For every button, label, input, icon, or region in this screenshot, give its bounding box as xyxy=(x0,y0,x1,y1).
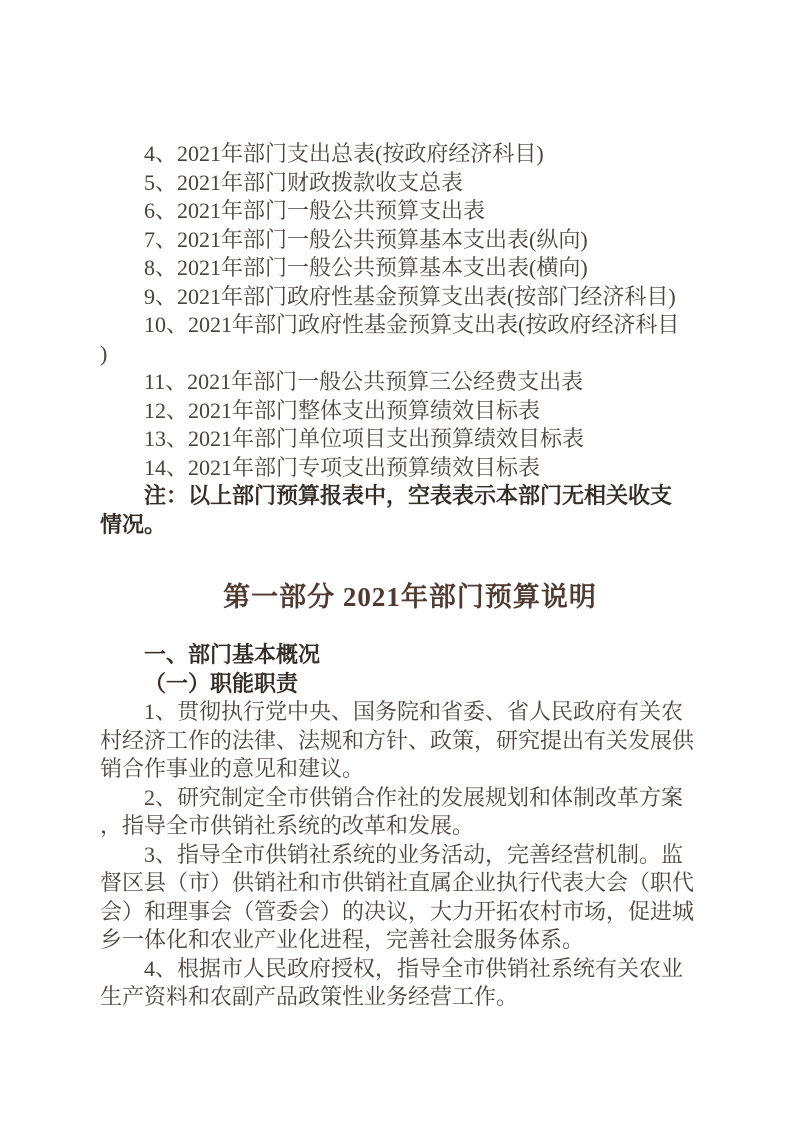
report-list-item-10-line-1: 10、2021年部门政府性基金预算支出表(按政府经济科目 xyxy=(100,311,720,340)
section-overview: 一、部门基本概况 （一）职能职责 1、贯彻执行党中央、国务院和省委、省人民政府有… xyxy=(100,641,720,1012)
section-heading: 第一部分 2021年部门预算说明 xyxy=(100,577,720,617)
paragraph-3: 3、指导全市供销社系统的业务活动，完善经营机制。监 督区县（市）供销社和市供销社… xyxy=(100,841,720,955)
paragraph-line: 4、根据市人民政府授权，指导全市供销社系统有关农业 xyxy=(100,955,720,984)
paragraph-line: 2、研究制定全市供销合作社的发展规划和体制改革方案 xyxy=(100,784,720,813)
paragraph-line: 销合作事业的意见和建议。 xyxy=(100,755,720,784)
report-list-item-9: 9、2021年部门政府性基金预算支出表(按部门经济科目) xyxy=(100,283,720,312)
report-list-item-14: 14、2021年部门专项支出预算绩效目标表 xyxy=(100,454,720,483)
paragraph-line: 乡一体化和农业产业化进程，完善社会服务体系。 xyxy=(100,926,720,955)
page-content: 4、2021年部门支出总表(按政府经济科目) 5、2021年部门财政拨款收支总表… xyxy=(100,140,720,1012)
report-list-item-8: 8、2021年部门一般公共预算基本支出表(横向) xyxy=(100,254,720,283)
report-list-item-4: 4、2021年部门支出总表(按政府经济科目) xyxy=(100,140,720,169)
overview-subheading: （一）职能职责 xyxy=(100,670,720,699)
paragraph-line: 3、指导全市供销社系统的业务活动，完善经营机制。监 xyxy=(100,841,720,870)
paragraph-line: 督区县（市）供销社和市供销社直属企业执行代表大会（职代 xyxy=(100,869,720,898)
report-list-item-11: 11、2021年部门一般公共预算三公经费支出表 xyxy=(100,368,720,397)
note-line-1: 注：以上部门预算报表中，空表表示本部门无相关收支 xyxy=(100,482,720,511)
note-line-2: 情况。 xyxy=(100,511,720,540)
report-list-item-13: 13、2021年部门单位项目支出预算绩效目标表 xyxy=(100,425,720,454)
paragraph-1: 1、贯彻执行党中央、国务院和省委、省人民政府有关农 村经济工作的法律、法规和方针… xyxy=(100,698,720,784)
paragraph-2: 2、研究制定全市供销合作社的发展规划和体制改革方案 ，指导全市供销社系统的改革和… xyxy=(100,784,720,841)
budget-note: 注：以上部门预算报表中，空表表示本部门无相关收支 情况。 xyxy=(100,482,720,539)
paragraph-line: 村经济工作的法律、法规和方针、政策，研究提出有关发展供 xyxy=(100,727,720,756)
overview-heading: 一、部门基本概况 xyxy=(100,641,720,670)
report-list-item-6: 6、2021年部门一般公共预算支出表 xyxy=(100,197,720,226)
paragraph-line: 会）和理事会（管委会）的决议，大力开拓农村市场，促进城 xyxy=(100,898,720,927)
paragraph-line: ，指导全市供销社系统的改革和发展。 xyxy=(100,812,720,841)
paragraph-line: 生产资料和农副产品政策性业务经营工作。 xyxy=(100,983,720,1012)
report-list-item-12: 12、2021年部门整体支出预算绩效目标表 xyxy=(100,397,720,426)
report-table-list: 4、2021年部门支出总表(按政府经济科目) 5、2021年部门财政拨款收支总表… xyxy=(100,140,720,482)
paragraph-4: 4、根据市人民政府授权，指导全市供销社系统有关农业 生产资料和农副产品政策性业务… xyxy=(100,955,720,1012)
report-list-item-10-line-2: ) xyxy=(100,340,720,369)
report-list-item-7: 7、2021年部门一般公共预算基本支出表(纵向) xyxy=(100,226,720,255)
document-page: 4、2021年部门支出总表(按政府经济科目) 5、2021年部门财政拨款收支总表… xyxy=(0,0,800,1121)
report-list-item-5: 5、2021年部门财政拨款收支总表 xyxy=(100,169,720,198)
paragraph-line: 1、贯彻执行党中央、国务院和省委、省人民政府有关农 xyxy=(100,698,720,727)
